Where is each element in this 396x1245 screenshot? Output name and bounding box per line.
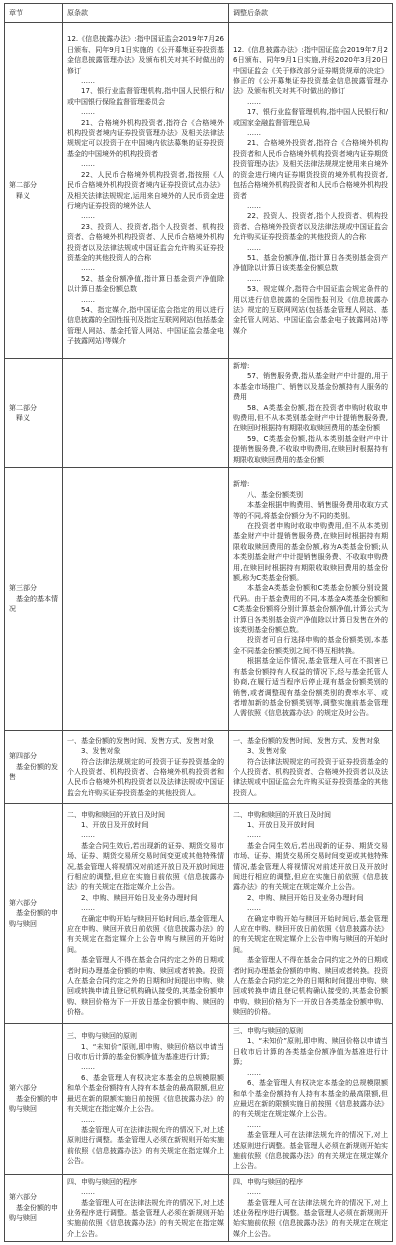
clause-paragraph: 基金管理人可在法律法规允许的情况下,对上述原则进行调整。基金管理人必须在新规则开… xyxy=(233,1130,388,1172)
clause-paragraph: 二、申购和赎回的开放日及时间 xyxy=(233,810,388,820)
document-page: 章节 原条款 调整后条款 第二部分释义12.《信息披露办法》:指中国证监会201… xyxy=(0,0,396,1245)
clause-paragraph: 1、“未知价”原则,即申购、赎回价格以申请当日收市后计算的基金份额净值为基准进行… xyxy=(67,1042,224,1063)
clause-paragraph: …… xyxy=(233,903,388,913)
clause-paragraph: 二、申购和赎回的开放日及时间 xyxy=(67,810,224,820)
clause-paragraph: 基金合同生效后,若出现新的证券、期货交易市场、证券、期货交易所交易时间变更或其他… xyxy=(67,841,224,893)
table-row: 第六部分基金份额的申购与赎回三、申购与赎回的原则1、“未知价”原则,即申购、赎回… xyxy=(5,1024,393,1175)
clause-paragraph: 6、基金管理人有权决定本基金的总规模限额和单个基金份额持有人持有本基金的最高限额… xyxy=(233,1078,388,1120)
chapter-label: 第三部分 xyxy=(9,583,58,593)
clause-paragraph: 基金管理人可在法律法规允许的情况下,对上述业务程序进行调整。基金管理人必须在新规… xyxy=(233,1198,388,1240)
clause-paragraph: 12.《信息披露办法》:指中国证监会2019年7月26日颁布、同年9月1日实施的… xyxy=(67,34,224,76)
clause-paragraph: 12.《信息披露办法》:指中国证监会2019年7月26日颁布、同年9月1日实施,… xyxy=(233,45,388,97)
clause-paragraph: 根据基金运作情况,基金管理人可在不损害已有基金份额持有人权益的情况下,经与基金托… xyxy=(233,656,388,718)
chapter-cell: 第四部分基金份额的发售 xyxy=(5,731,63,804)
original-clause-cell: 三、申购与赎回的原则1、“未知价”原则,即申购、赎回价格以申请当日收市后计算的基… xyxy=(63,1024,229,1175)
original-clause-cell xyxy=(63,468,229,731)
clause-paragraph: …… xyxy=(67,76,224,86)
table-body: 第二部分释义12.《信息披露办法》:指中国证监会2019年7月26日颁布、同年9… xyxy=(5,23,393,1242)
chapter-label: 第四部分 xyxy=(9,751,58,761)
clause-paragraph: 22、投资人、投资者,指个人投资者、机构投资者、合格境外投资者以及法律法规或中国… xyxy=(233,211,388,242)
clause-paragraph: 基金管理人可在法律法规允许的情况下,对上述业务程序进行调整。基金管理人必须在新规… xyxy=(67,1198,224,1240)
clause-paragraph: 53、规定媒介,指符合中国证监会规定条件的用以进行信息披露的全国性报刊及《信息披… xyxy=(233,284,388,336)
clause-paragraph: …… xyxy=(67,1187,224,1197)
clause-paragraph: …… xyxy=(233,128,388,138)
clause-paragraph: …… xyxy=(233,97,388,107)
chapter-cell: 第六部分基金份额的申购与赎回 xyxy=(5,1024,63,1175)
chapter-cell: 第二部分释义 xyxy=(5,359,63,468)
clause-paragraph: 一、基金份额的发售时间、发售方式、发售对象 xyxy=(233,736,388,746)
original-clause-cell: 12.《信息披露办法》:指中国证监会2019年7月26日颁布、同年9月1日实施的… xyxy=(63,23,229,359)
clause-paragraph: …… xyxy=(233,201,388,211)
adjusted-clause-cell: 二、申购和赎回的开放日及时间1、开放日及开放时间……基金合同生效后,若出现新的证… xyxy=(229,804,393,1024)
clause-paragraph: …… xyxy=(67,830,224,840)
clause-paragraph: 在确定申购开始与赎回开始时间后,基金管理人应在申购、赎回开放日前依照《信息披露办… xyxy=(67,914,224,956)
clause-paragraph: 3、发售对象 xyxy=(233,746,388,756)
chapter-label: 第六部分 xyxy=(9,898,58,908)
clause-paragraph: 新增: xyxy=(233,361,388,371)
clause-paragraph: …… xyxy=(233,1068,388,1078)
original-clause-cell xyxy=(63,359,229,468)
clause-paragraph: 八、基金份额类别 xyxy=(233,490,388,500)
clause-paragraph: …… xyxy=(67,903,224,913)
clause-paragraph: 符合法律法规规定的可投资于证券投资基金的个人投资者、机构投资者、合格境外投资者以… xyxy=(233,757,388,799)
clause-paragraph: 52、基金份额净值,指计算日基金资产净值除以计算日基金份额总数 xyxy=(67,274,224,295)
chapter-cell: 第二部分释义 xyxy=(5,23,63,359)
clause-paragraph: 投资者可自行选择申购的基金份额类别,本基金不同基金份额类别之间不得互相转换。 xyxy=(233,635,388,656)
clause-paragraph: …… xyxy=(67,1062,224,1072)
chapter-cell: 第六部分基金份额的申购与赎回 xyxy=(5,804,63,1024)
chapter-cell: 第三部分基金的基本情况 xyxy=(5,468,63,731)
clause-paragraph: 21、合格境外投资者,指符合《合格境外机构投资者和人民币合格境外机构投资者境内证… xyxy=(233,138,388,200)
clause-paragraph: 17、银行业监督管理机构,指中国人民银行和/或国家金融监督管理总局 xyxy=(233,107,388,128)
clause-paragraph: 58、A类基金份额,指在投资者申购时收取申购费用,但不从本类别基金财产中计提销售… xyxy=(233,403,388,434)
table-row: 第六部分基金份额的申购与赎回二、申购和赎回的开放日及时间1、开放日及开放时间……… xyxy=(5,804,393,1024)
clause-paragraph: …… xyxy=(67,107,224,117)
clause-paragraph: 21、合格境外机构投资者,指符合《合格境外机构投资者境内证券投资管理办法》及相关… xyxy=(67,118,224,160)
clause-paragraph: …… xyxy=(67,211,224,221)
clause-paragraph: 基金管理人不得在基金合同约定之外的日期或者时间办理基金份额的申购、赎回或者转换。… xyxy=(233,955,388,1017)
original-clause-cell: 二、申购和赎回的开放日及时间1、开放日及开放时间……基金合同生效后,若出现新的证… xyxy=(63,804,229,1024)
clause-paragraph: 51、基金份额净值,指计算日各类别基金资产净值除以计算日该类基金份额总数 xyxy=(233,253,388,274)
clause-paragraph: 6、基金管理人有权决定本基金的总规模限额和单个基金份额持有人持有本基金的最高限额… xyxy=(67,1073,224,1115)
clause-paragraph: 在确定申购开始与赎回开始时间后,基金管理人应在申购、赎回开放日前依照《信息披露办… xyxy=(233,914,388,956)
clause-paragraph: …… xyxy=(233,1187,388,1197)
clause-paragraph: …… xyxy=(67,159,224,169)
clause-paragraph: …… xyxy=(233,1120,388,1130)
column-header-chapter: 章节 xyxy=(5,4,63,23)
clause-paragraph: 四、申购与赎回的程序 xyxy=(67,1177,224,1187)
clause-paragraph: …… xyxy=(233,830,388,840)
clause-paragraph: …… xyxy=(67,295,224,305)
clause-paragraph: 1、开放日及开放时间 xyxy=(67,820,224,830)
clause-paragraph: …… xyxy=(67,263,224,273)
adjusted-clause-cell: 12.《信息披露办法》:指中国证监会2019年7月26日颁布、同年9月1日实施,… xyxy=(229,23,393,359)
chapter-title: 基金的基本情况 xyxy=(9,594,58,615)
column-header-adjusted: 调整后条款 xyxy=(229,4,393,23)
chapter-title: 释义 xyxy=(9,413,58,423)
adjusted-clause-cell: 三、申购与赎回的原则1、“未知价”原则,即申购、赎回价格以申请当日收市后计算的各… xyxy=(229,1024,393,1175)
clause-paragraph: 1、“未知价”原则,即申购、赎回价格以申请当日收市后计算的各类基金份额净值为基准… xyxy=(233,1036,388,1067)
clause-paragraph: 3、发售对象 xyxy=(67,746,224,756)
table-row: 第三部分基金的基本情况新增:八、基金份额类别本基金根据申购费用、销售服务费用收取… xyxy=(5,468,393,731)
chapter-title: 基金份额的申购与赎回 xyxy=(9,908,58,929)
clause-paragraph: 23、投资人、投资者,指个人投资者、机构投资者、合格境外机构投资者、人民币合格境… xyxy=(67,222,224,264)
clause-paragraph: 在投资者申购时收取申购费用,但不从本类别基金财产中计提销售服务费,在赎回时根据持… xyxy=(233,521,388,583)
chapter-title: 基金份额的申购与赎回 xyxy=(9,1203,58,1224)
clause-paragraph: 一、基金份额的发售时间、发售方式、发售对象 xyxy=(67,736,224,746)
clause-paragraph: 2、申购、赎回开始日及业务办理时间 xyxy=(233,893,388,903)
clause-paragraph: 2、申购、赎回开始日及业务办理时间 xyxy=(67,893,224,903)
chapter-title: 基金份额的发售 xyxy=(9,762,58,783)
clause-paragraph: 57、销售服务费,指从基金财产中计提的,用于本基金市场推广、销售以及基金份额持有… xyxy=(233,371,388,402)
chapter-title: 释义 xyxy=(9,191,58,201)
clause-paragraph: 三、申购与赎回的原则 xyxy=(233,1026,388,1036)
chapter-label: 第六部分 xyxy=(9,1083,58,1093)
chapter-label: 第六部分 xyxy=(9,1192,58,1202)
adjusted-clause-cell: 新增:57、销售服务费,指从基金财产中计提的,用于本基金市场推广、销售以及基金份… xyxy=(229,359,393,468)
table-header-row: 章节 原条款 调整后条款 xyxy=(5,4,393,23)
clause-paragraph: 四、申购与赎回的程序 xyxy=(233,1177,388,1187)
clause-paragraph: 基金管理人不得在基金合同约定之外的日期或者时间办理基金份额的申购、赎回或者转换。… xyxy=(67,955,224,1017)
clause-paragraph: 基金管理人可在法律法规允许的情况下,对上述原则进行调整。基金管理人必须在新规则开… xyxy=(67,1125,224,1167)
clause-paragraph: …… xyxy=(233,274,388,284)
clause-paragraph: 54、指定媒介,指中国证监会指定的用以进行信息披露的全国性报刊及指定互联网网站(… xyxy=(67,305,224,347)
chapter-label: 第二部分 xyxy=(9,180,58,190)
table-row: 第二部分释义12.《信息披露办法》:指中国证监会2019年7月26日颁布、同年9… xyxy=(5,23,393,359)
chapter-title: 基金份额的申购与赎回 xyxy=(9,1094,58,1115)
column-header-original: 原条款 xyxy=(63,4,229,23)
clause-paragraph: 三、申购与赎回的原则 xyxy=(67,1031,224,1041)
clause-paragraph: 本基金A类基金份额和C类基金份额分别设置代码。由于基金费用的不同,本基金A类基金… xyxy=(233,583,388,635)
chapter-label: 第二部分 xyxy=(9,403,58,413)
clause-paragraph: 基金合同生效后,若出现新的证券、期货交易市场、证券、期货交易所交易时间变更或其他… xyxy=(233,841,388,893)
clause-paragraph: 本基金根据申购费用、销售服务费用收取方式等的不同,将基金份额分为不同的类别。 xyxy=(233,500,388,521)
clause-paragraph: 1、开放日及开放时间 xyxy=(233,820,388,830)
clause-paragraph: …… xyxy=(67,1115,224,1125)
clause-paragraph: 17、银行业监督管理机构,指中国人民银行和/或中国银行保险监督管理委员会 xyxy=(67,86,224,107)
table-row: 第四部分基金份额的发售一、基金份额的发售时间、发售方式、发售对象3、发售对象符合… xyxy=(5,731,393,804)
adjusted-clause-cell: 一、基金份额的发售时间、发售方式、发售对象3、发售对象符合法律法规规定的可投资于… xyxy=(229,731,393,804)
adjusted-clause-cell: 新增:八、基金份额类别本基金根据申购费用、销售服务费用收取方式等的不同,将基金份… xyxy=(229,468,393,731)
clause-paragraph: 22、人民币合格境外机构投资者,指按照《人民币合格境外机构投资者境内证券投资试点… xyxy=(67,170,224,212)
table-row: 第二部分释义新增:57、销售服务费,指从基金财产中计提的,用于本基金市场推广、销… xyxy=(5,359,393,468)
clause-comparison-table: 章节 原条款 调整后条款 第二部分释义12.《信息披露办法》:指中国证监会201… xyxy=(4,3,393,1242)
clause-paragraph: 符合法律法规规定的可投资于证券投资基金的个人投资者、机构投资者、合格境外机构投资… xyxy=(67,757,224,799)
clause-paragraph: 59、C类基金份额,指从本类别基金财产中计提销售服务费,不收取申购费用,在赎回时… xyxy=(233,434,388,465)
original-clause-cell: 一、基金份额的发售时间、发售方式、发售对象3、发售对象符合法律法规规定的可投资于… xyxy=(63,731,229,804)
clause-paragraph: 新增: xyxy=(233,479,388,489)
clause-paragraph: …… xyxy=(233,243,388,253)
